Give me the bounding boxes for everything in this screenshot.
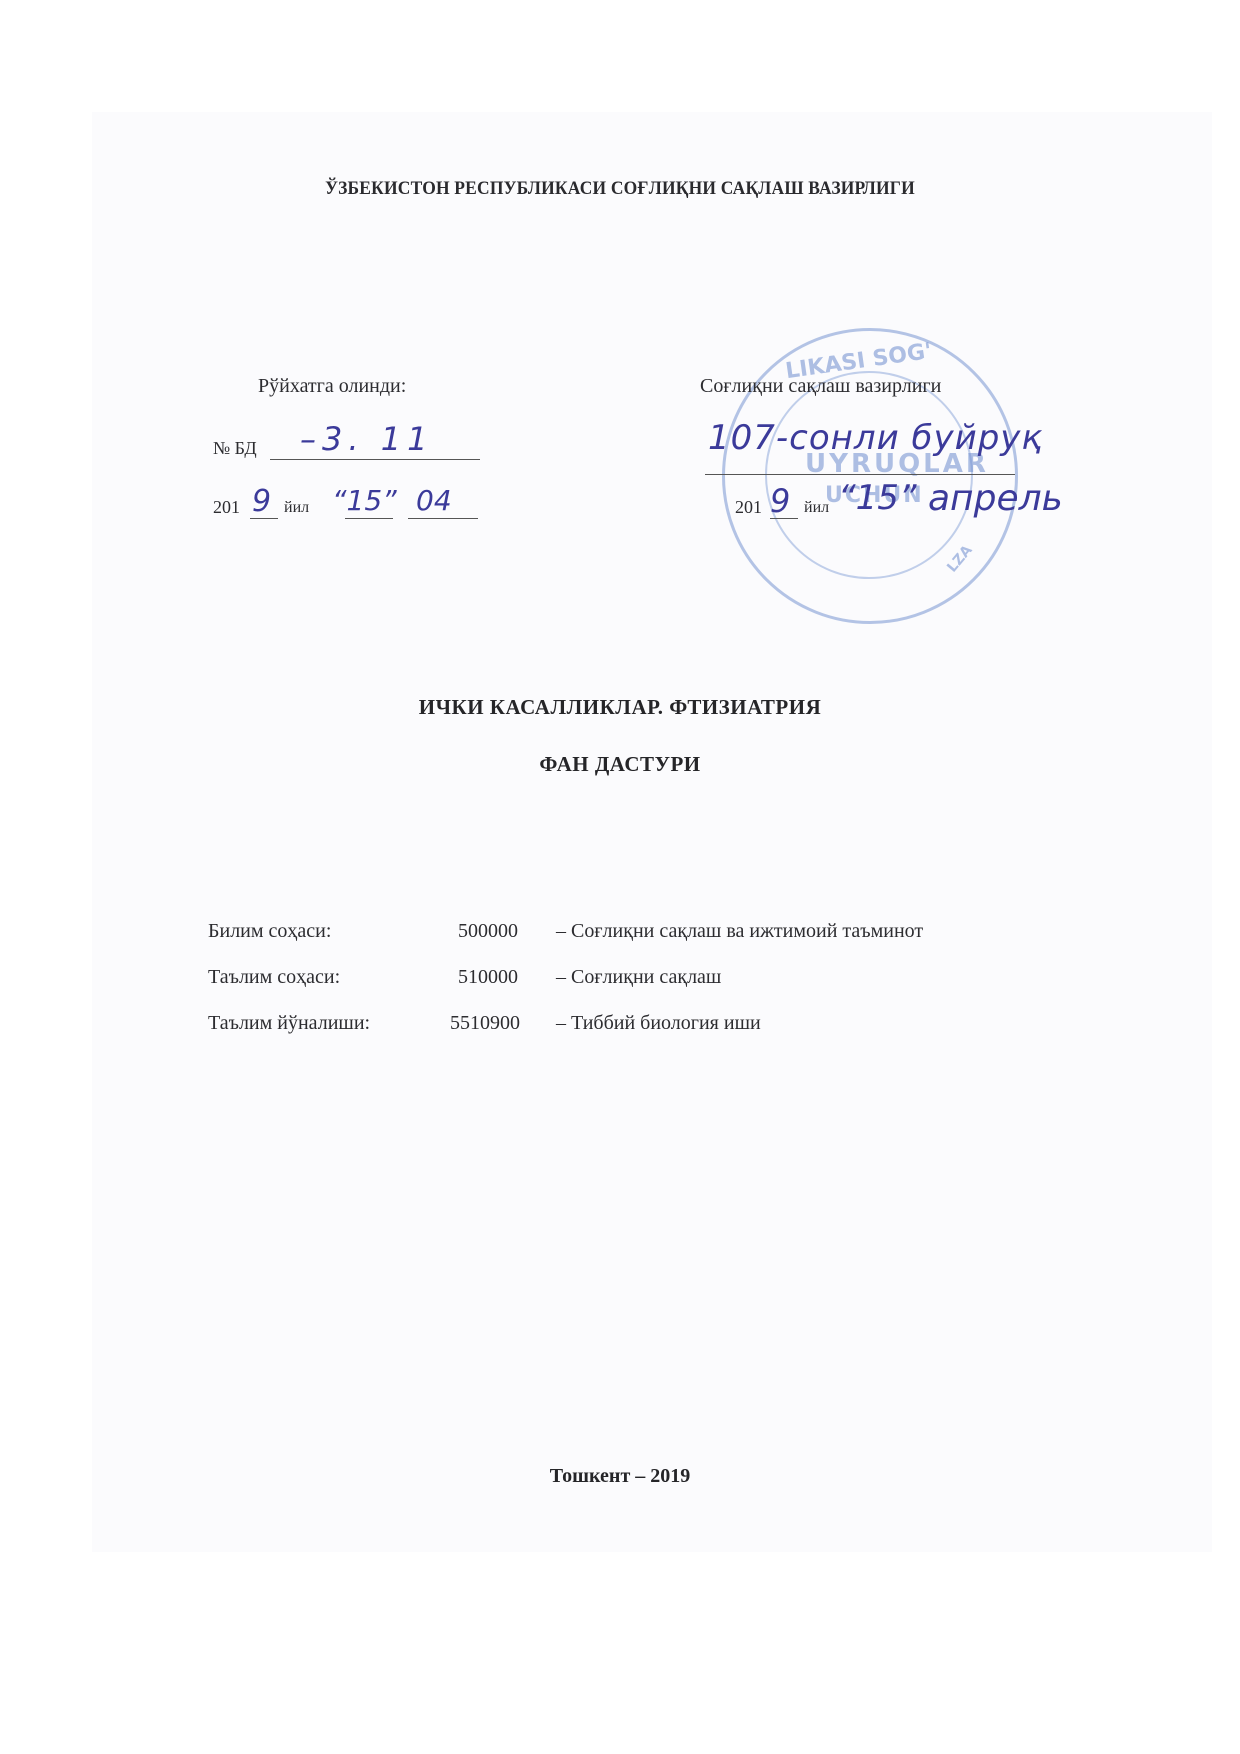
- field-code: 500000: [458, 920, 518, 943]
- document-subtitle: ФАН ДАСТУРИ: [0, 752, 1240, 777]
- footer-place-year: Тошкент – 2019: [0, 1465, 1240, 1488]
- document-title: ИЧКИ КАСАЛЛИКЛАР. ФТИЗИАТРИЯ: [0, 695, 1240, 720]
- field-label: Таълим соҳаси:: [208, 966, 340, 989]
- approval-year-digit-handwritten: 9: [770, 482, 790, 520]
- approval-year-prefix: 201: [735, 497, 762, 518]
- registration-number-prefix: № БД: [213, 438, 257, 459]
- registration-month-underline: [408, 518, 478, 519]
- scanned-page: [92, 112, 1212, 1552]
- registration-year-digit-handwritten: 9: [252, 484, 271, 519]
- field-code: 510000: [458, 966, 518, 989]
- approval-month-handwritten: апрель: [928, 478, 1063, 519]
- field-code: 5510900: [450, 1012, 520, 1035]
- registration-year-word: йил: [284, 499, 309, 517]
- registration-day-handwritten: “15”: [332, 484, 397, 517]
- approval-order-handwritten: 107-сонли буйруқ: [708, 418, 1043, 458]
- official-stamp: LIKASI SOG' UYRUQLAR UCHUN LZA: [722, 328, 1018, 624]
- approval-order-underline: [705, 474, 1015, 475]
- registration-day-underline: [345, 518, 393, 519]
- registration-month-handwritten: 04: [416, 484, 452, 517]
- registration-label: Рўйхатга олинди:: [258, 375, 406, 398]
- registration-number-handwritten: –3. 11: [300, 420, 433, 458]
- stamp-side-text: LZA: [944, 542, 975, 575]
- field-label: Таълим йўналиши:: [208, 1012, 370, 1035]
- field-description: – Соғлиқни сақлаш: [556, 966, 721, 989]
- registration-number-underline: [270, 459, 480, 460]
- registration-year-prefix: 201: [213, 497, 240, 518]
- ministry-header: ЎЗБЕКИСТОН РЕСПУБЛИКАСИ СОҒЛИҚНИ САҚЛАШ …: [50, 178, 1191, 200]
- approval-label: Соғлиқни сақлаш вазирлиги: [700, 375, 941, 398]
- field-description: – Соғлиқни сақлаш ва ижтимоий таъминот: [556, 920, 923, 943]
- field-label: Билим соҳаси:: [208, 920, 331, 943]
- approval-day-handwritten: “15”: [838, 478, 917, 518]
- field-description: – Тиббий биология иши: [556, 1012, 761, 1035]
- approval-year-word: йил: [804, 499, 829, 517]
